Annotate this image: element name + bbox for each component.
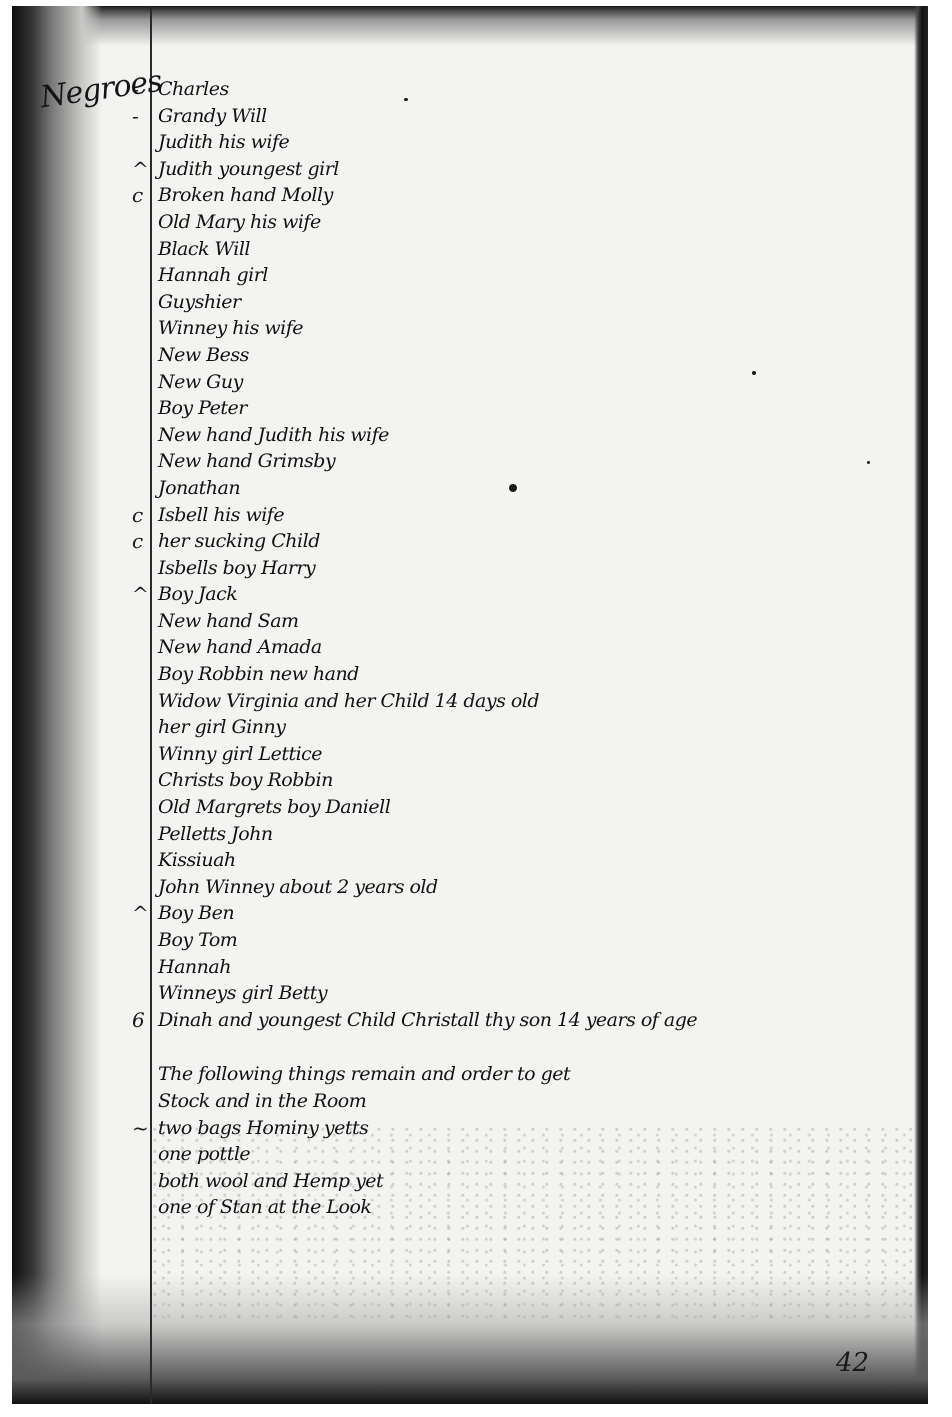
entry-text: her sucking Child bbox=[158, 530, 320, 552]
list-item: The following things remain and order to… bbox=[158, 1061, 697, 1088]
list-item: New Bess bbox=[158, 342, 697, 369]
list-item: -Grandy Will bbox=[158, 103, 697, 130]
entry-text: Boy Peter bbox=[158, 397, 247, 419]
list-item: Kissiuah bbox=[158, 847, 697, 874]
list-item: Boy Tom bbox=[158, 927, 697, 954]
list-item: Hannah bbox=[158, 954, 697, 981]
entry-text: New Bess bbox=[158, 344, 249, 366]
entry-text: Pelletts John bbox=[158, 823, 273, 845]
list-item: Old Mary his wife bbox=[158, 209, 697, 236]
list-item: New hand Judith his wife bbox=[158, 422, 697, 449]
list-item: Winneys girl Betty bbox=[158, 980, 697, 1007]
entry-text: Hannah bbox=[158, 956, 231, 978]
entry-text: Isbell his wife bbox=[158, 504, 284, 526]
margin-mark: ^ bbox=[132, 900, 148, 927]
ink-speck bbox=[752, 371, 756, 375]
entry-text: Jonathan bbox=[158, 477, 240, 499]
entry-text: Hannah girl bbox=[158, 264, 268, 286]
list-item: ^Judith youngest girl bbox=[158, 156, 697, 183]
ink-speck bbox=[867, 461, 870, 464]
list-item: her girl Ginny bbox=[158, 714, 697, 741]
list-item: New hand Sam bbox=[158, 608, 697, 635]
list-item: one pottle bbox=[158, 1141, 697, 1168]
entry-text: Christs boy Robbin bbox=[158, 769, 333, 791]
entry-text: Grandy Will bbox=[158, 105, 267, 127]
entry-text: New hand Sam bbox=[158, 610, 299, 632]
entry-text: both wool and Hemp yet bbox=[158, 1170, 383, 1192]
ink-blot bbox=[509, 484, 517, 492]
list-item: New hand Amada bbox=[158, 634, 697, 661]
ink-speck bbox=[404, 98, 408, 101]
list-item: John Winney about 2 years old bbox=[158, 874, 697, 901]
entry-text: Boy Jack bbox=[158, 583, 237, 605]
entry-text: Guyshier bbox=[158, 291, 241, 313]
list-item: both wool and Hemp yet bbox=[158, 1168, 697, 1195]
entry-text: Boy Robbin new hand bbox=[158, 663, 359, 685]
margin-mark: c bbox=[132, 502, 143, 529]
names-list: -Charles-Grandy WillJudith his wife^Judi… bbox=[158, 76, 697, 1221]
entry-text: Dinah and youngest Child Christall thy s… bbox=[158, 1009, 697, 1031]
entry-text: Winny girl Lettice bbox=[158, 743, 322, 765]
list-item: cher sucking Child bbox=[158, 528, 697, 555]
list-item: Pelletts John bbox=[158, 821, 697, 848]
list-item: Winny girl Lettice bbox=[158, 741, 697, 768]
list-item: ^Boy Ben bbox=[158, 900, 697, 927]
list-item: Judith his wife bbox=[158, 129, 697, 156]
entry-text: Stock and in the Room bbox=[158, 1090, 366, 1112]
list-item: New Guy bbox=[158, 369, 697, 396]
entry-text: Winney his wife bbox=[158, 317, 303, 339]
margin-mark: ~ bbox=[132, 1115, 148, 1142]
list-item: Christs boy Robbin bbox=[158, 767, 697, 794]
manuscript-scan: Negroes -Charles-Grandy WillJudith his w… bbox=[12, 6, 928, 1404]
list-item: Jonathan bbox=[158, 475, 697, 502]
list-item: Winney his wife bbox=[158, 315, 697, 342]
list-item: New hand Grimsby bbox=[158, 448, 697, 475]
entry-text: Black Will bbox=[158, 238, 250, 260]
list-item: Hannah girl bbox=[158, 262, 697, 289]
entry-text: one of Stan at the Look bbox=[158, 1196, 371, 1218]
entry-text: two bags Hominy yetts bbox=[158, 1117, 368, 1139]
entry-text: one pottle bbox=[158, 1143, 250, 1165]
list-item: -Charles bbox=[158, 76, 697, 103]
margin-mark: 6 bbox=[132, 1007, 144, 1034]
margin-mark: ^ bbox=[132, 156, 148, 183]
entry-text: Isbells boy Harry bbox=[158, 557, 315, 579]
entry-text: Kissiuah bbox=[158, 849, 236, 871]
entry-text: her girl Ginny bbox=[158, 716, 286, 738]
entry-text: Broken hand Molly bbox=[158, 184, 333, 206]
entry-text: Winneys girl Betty bbox=[158, 982, 327, 1004]
list-item: Boy Robbin new hand bbox=[158, 661, 697, 688]
entry-text: The following things remain and order to… bbox=[158, 1063, 570, 1085]
entry-text: Widow Virginia and her Child 14 days old bbox=[158, 690, 539, 712]
entry-text: Boy Ben bbox=[158, 902, 234, 924]
list-item: cBroken hand Molly bbox=[158, 182, 697, 209]
list-item: ^Boy Jack bbox=[158, 581, 697, 608]
entry-text: New Guy bbox=[158, 371, 243, 393]
list-item: cIsbell his wife bbox=[158, 502, 697, 529]
entry-text: Old Mary his wife bbox=[158, 211, 321, 233]
list-item: Black Will bbox=[158, 236, 697, 263]
entry-text: New hand Amada bbox=[158, 636, 322, 658]
entry-text: Judith youngest girl bbox=[158, 158, 339, 180]
entry-text: Charles bbox=[158, 78, 229, 100]
list-item: one of Stan at the Look bbox=[158, 1194, 697, 1221]
entry-text: Judith his wife bbox=[158, 131, 289, 153]
entry-text: Boy Tom bbox=[158, 929, 237, 951]
scan-edge-left bbox=[12, 6, 102, 1404]
list-item: Guyshier bbox=[158, 289, 697, 316]
entry-text: John Winney about 2 years old bbox=[158, 876, 438, 898]
entry-text: New hand Grimsby bbox=[158, 450, 335, 472]
folio-number: 42 bbox=[836, 1348, 869, 1378]
margin-mark: c bbox=[132, 182, 143, 209]
list-item: 6Dinah and youngest Child Christall thy … bbox=[158, 1007, 697, 1034]
list-item: Boy Peter bbox=[158, 395, 697, 422]
entry-text: New hand Judith his wife bbox=[158, 424, 389, 446]
entry-text: Old Margrets boy Daniell bbox=[158, 796, 390, 818]
margin-mark: - bbox=[132, 103, 138, 130]
list-item: ~two bags Hominy yetts bbox=[158, 1115, 697, 1142]
margin-mark: c bbox=[132, 528, 143, 555]
list-item: Widow Virginia and her Child 14 days old bbox=[158, 688, 697, 715]
margin-rule-line bbox=[150, 6, 152, 1404]
list-item: Isbells boy Harry bbox=[158, 555, 697, 582]
margin-mark: ^ bbox=[132, 581, 148, 608]
margin-mark: - bbox=[132, 76, 138, 103]
list-item: Old Margrets boy Daniell bbox=[158, 794, 697, 821]
list-item: Stock and in the Room bbox=[158, 1088, 697, 1115]
